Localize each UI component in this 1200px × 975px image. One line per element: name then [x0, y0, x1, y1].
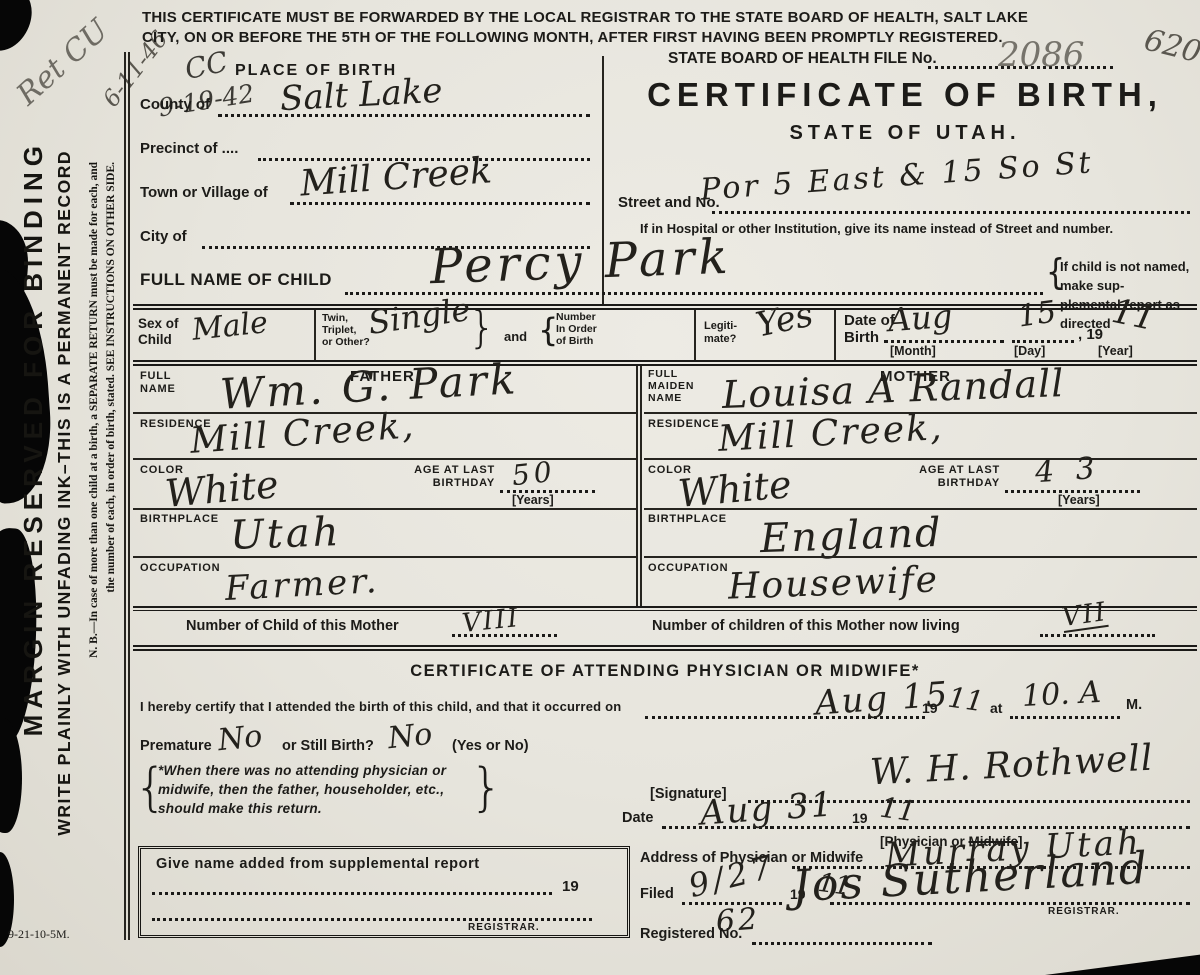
registrar-line — [830, 902, 1190, 905]
torn-edge — [0, 0, 41, 59]
city-label: City of — [140, 228, 187, 245]
mother-age-label: AGE AT LAST BIRTHDAY — [905, 464, 1000, 489]
rule-above-counts — [133, 606, 1197, 611]
time-line — [1010, 716, 1120, 719]
margin-permanent-record-text: WRITE PLAINLY WITH UNFADING INK–THIS IS … — [54, 150, 75, 836]
stillbirth-label: or Still Birth? — [282, 738, 374, 755]
twin-value: Single — [366, 293, 472, 339]
forwarding-notice-line2: CITY, ON OR BEFORE THE 5TH OF THE FOLLOW… — [142, 29, 1003, 46]
dob-year-printed: , 19 — [1078, 326, 1103, 343]
mother-age-value: 4 3 — [1034, 454, 1102, 489]
mother-occupation-value: Housewife — [727, 562, 939, 605]
physician-date-year-printed: 19 — [852, 810, 868, 826]
dob-year-written: 11 — [1109, 294, 1158, 336]
vitals-divider-2 — [694, 310, 696, 362]
dob-month-line — [884, 340, 1004, 343]
town-value: Mill Creek — [299, 153, 493, 202]
father-years-bracket: [Years] — [512, 493, 554, 507]
at-label: at — [990, 700, 1002, 716]
physician-date-value: Aug 31 — [699, 787, 835, 830]
county-line — [218, 114, 590, 117]
mother-row-line-2 — [644, 458, 1197, 460]
physician-heading: CERTIFICATE OF ATTENDING PHYSICIAN OR MI… — [200, 662, 1130, 681]
certify-year-printed: 19 — [922, 700, 938, 716]
physician-note: *When there was no attending physician o… — [158, 762, 446, 819]
m-label: M. — [1126, 697, 1142, 714]
child-name-label: FULL NAME OF CHILD — [140, 270, 332, 290]
form-left-border — [124, 52, 130, 940]
supplemental-name-line — [152, 892, 552, 895]
dob-day-value: 15 — [1016, 297, 1058, 332]
county-label: County of — [140, 96, 210, 113]
mother-color-value: White — [677, 465, 793, 513]
father-name-value: Wm. G. Park — [219, 358, 519, 416]
certify-year-written: 11 — [946, 684, 985, 717]
living-children-value: VII — [1060, 599, 1109, 633]
street-value: Por 5 East & 15 So St — [699, 148, 1094, 205]
father-birthplace-value: Utah — [229, 512, 342, 556]
mother-name-label: FULL MAIDEN NAME — [648, 368, 694, 404]
registrar-label: REGISTRAR. — [1048, 906, 1120, 918]
stillbirth-value: No — [387, 720, 434, 754]
county-value: Salt Lake — [279, 74, 443, 116]
child-number-value: VIII — [461, 605, 521, 637]
child-number-label: Number of Child of this Mother — [186, 618, 399, 635]
month-bracket: [Month] — [890, 344, 936, 358]
file-number-value: 2086 — [998, 38, 1085, 72]
mother-residence-value: Mill Creek, — [717, 410, 944, 458]
vitals-divider-1 — [314, 310, 316, 362]
mother-birthplace-value: England — [759, 513, 943, 559]
mother-birthplace-label: BIRTHPLACE — [648, 513, 727, 526]
corner-number: 620 — [1141, 26, 1200, 69]
and-label: and — [504, 330, 527, 345]
father-birthplace-label: BIRTHPLACE — [140, 513, 219, 526]
precinct-label: Precinct of .... — [140, 140, 238, 157]
year-bracket: [Year] — [1098, 344, 1133, 358]
father-occupation-value: Farmer. — [224, 564, 380, 606]
supplemental-registrar-label: REGISTRAR. — [468, 922, 540, 934]
physician-date-label: Date — [622, 810, 653, 827]
certify-label: I hereby certify that I attended the bir… — [140, 700, 621, 715]
registered-line — [752, 942, 932, 945]
certificate-subtitle: STATE OF UTAH. — [615, 122, 1195, 145]
legitimate-value: Yes — [753, 297, 816, 342]
supplemental-year: 19 — [562, 878, 579, 895]
twin-label: Twin, Triplet, or Other? — [322, 312, 370, 348]
supplemental-label: Give name added from supplemental report — [156, 856, 480, 873]
yesno-label: (Yes or No) — [452, 738, 529, 755]
father-row-line-3 — [133, 508, 636, 510]
file-number-label: STATE BOARD OF HEALTH FILE No. — [668, 50, 937, 68]
form-print-code: 9-21-10-5M. — [8, 928, 70, 942]
living-children-line — [1040, 634, 1155, 637]
rule-above-physician — [133, 645, 1197, 651]
father-age-label: AGE AT LAST BIRTHDAY — [400, 464, 495, 489]
margin-nb-note-line1: N. B.—In case of more than one child at … — [88, 162, 100, 658]
child-name-value: Percy Park — [429, 233, 732, 291]
margin-binding-text: MARGIN RESERVED FOR BINDING — [18, 140, 49, 736]
margin-nb-note-line2: the number of each, in order of birth, s… — [105, 162, 117, 593]
torn-edge-bottom-right — [1045, 951, 1200, 975]
town-label: Town or Village of — [140, 184, 268, 201]
twin-brace-close: } — [468, 306, 496, 350]
mother-years-bracket: [Years] — [1058, 493, 1100, 507]
registered-label: Registered No. — [640, 926, 742, 943]
forwarding-notice-line1: THIS CERTIFICATE MUST BE FORWARDED BY TH… — [142, 9, 1028, 26]
sex-value: Male — [191, 308, 270, 346]
street-line — [712, 211, 1190, 214]
time-value: 10. A — [1021, 678, 1101, 712]
order-label: Number In Order of Birth — [556, 311, 597, 347]
dob-month-value: Aug — [887, 300, 953, 336]
supplemental-registrar-line — [152, 918, 592, 921]
premature-label: Premature — [140, 738, 212, 755]
father-occupation-label: OCCUPATION — [140, 562, 220, 575]
certificate-title: CERTIFICATE OF BIRTH, — [615, 76, 1195, 114]
mother-name-value: Louisa A Randall — [721, 364, 1065, 414]
birth-certificate-scan: MARGIN RESERVED FOR BINDING WRITE PLAINL… — [0, 0, 1200, 975]
dob-day-line — [1012, 340, 1074, 343]
father-row-line-2 — [133, 458, 636, 460]
filed-label: Filed — [640, 886, 674, 903]
mother-occupation-label: OCCUPATION — [648, 562, 728, 575]
signature-value: W. H. Rothwell — [869, 741, 1154, 792]
mother-row-line-4 — [644, 556, 1197, 558]
sex-label: Sex of Child — [138, 316, 179, 347]
legitimate-label: Legiti- mate? — [704, 320, 737, 345]
pencil-note-2: CC — [183, 48, 231, 84]
mother-residence-label: RESIDENCE — [648, 418, 719, 431]
father-name-label: FULL NAME — [140, 370, 176, 395]
town-line — [290, 202, 590, 205]
father-age-value: 50 — [511, 458, 557, 490]
premature-value: No — [217, 722, 264, 756]
physician-date-year-written: 11 — [878, 794, 917, 827]
father-row-line-4 — [133, 556, 636, 558]
day-bracket: [Day] — [1014, 344, 1045, 358]
parents-divider — [636, 366, 642, 608]
living-children-label: Number of children of this Mother now li… — [652, 618, 960, 635]
physician-note-brace-close: } — [470, 762, 503, 814]
father-color-value: White — [164, 465, 280, 513]
vitals-divider-3 — [834, 310, 836, 362]
